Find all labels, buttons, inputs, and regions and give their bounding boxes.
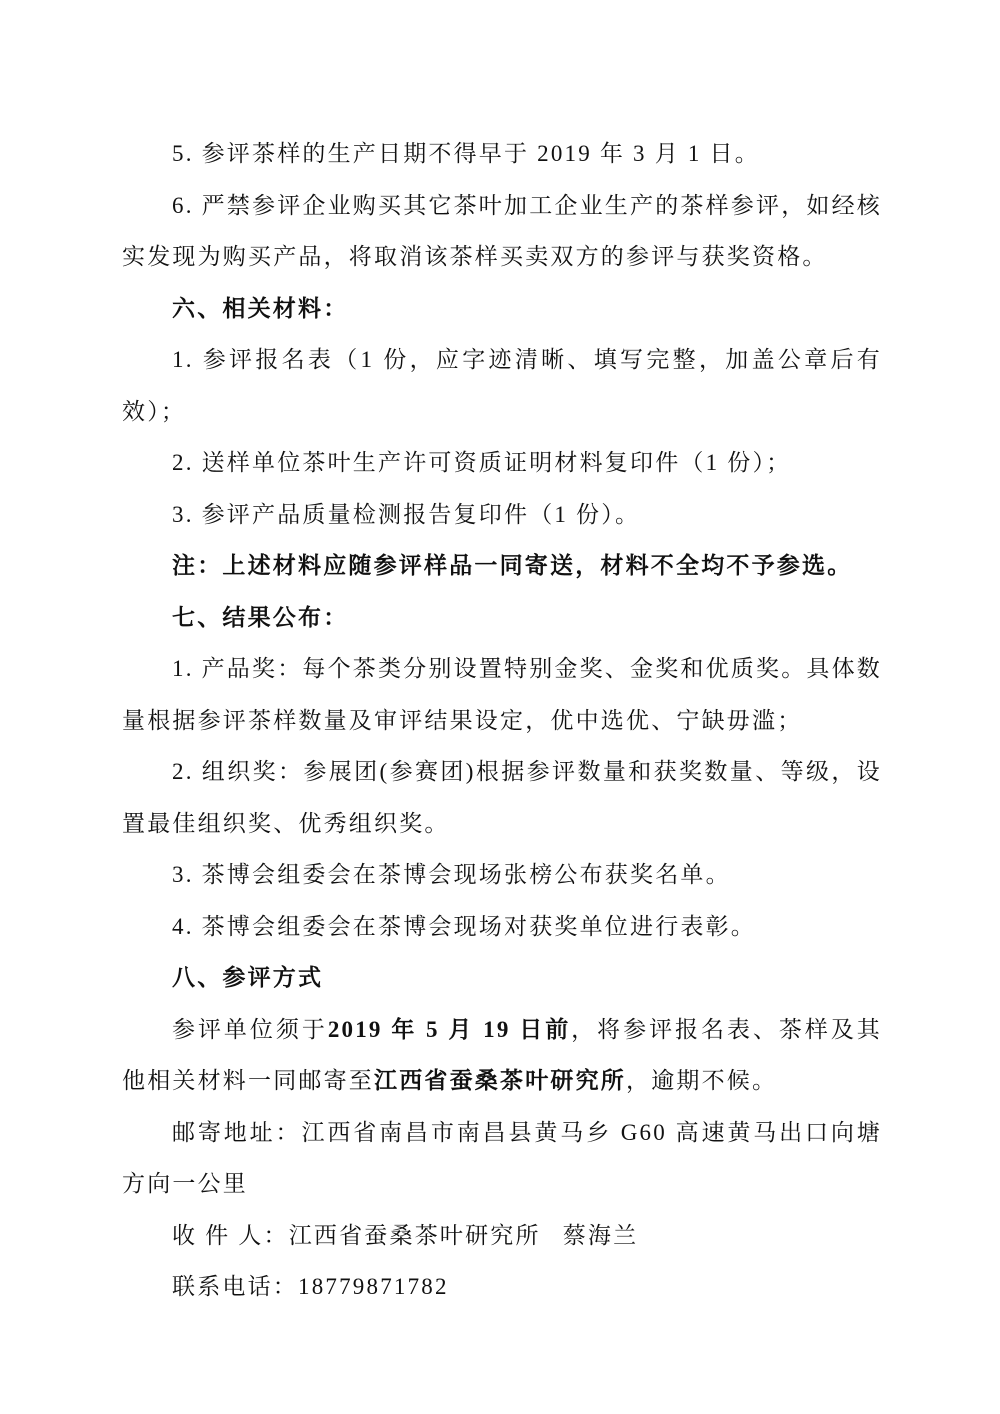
submission-prefix: 参评单位须于 <box>172 1017 328 1042</box>
section-8-heading: 八、参评方式 <box>122 952 882 1004</box>
address-label: 邮寄地址： <box>172 1120 301 1145</box>
submission-deadline: 2019 年 5 月 19 日前 <box>328 1017 571 1042</box>
section-7-heading: 七、结果公布： <box>122 592 882 644</box>
section-6-heading: 六、相关材料： <box>122 283 882 335</box>
material-item-3: 3. 参评产品质量检测报告复印件（1 份）。 <box>122 489 882 541</box>
submission-suffix: ，逾期不候。 <box>626 1068 777 1093</box>
recipient-org: 江西省蚕桑茶叶研究所 <box>289 1223 541 1248</box>
result-item-4: 4. 茶博会组委会在茶博会现场对获奖单位进行表彰。 <box>122 901 882 953</box>
materials-note: 注：上述材料应随参评样品一同寄送，材料不全均不予参选。 <box>122 540 882 592</box>
contact-phone: 联系电话：18779871782 <box>122 1261 882 1313</box>
rule-item-5: 5. 参评茶样的生产日期不得早于 2019 年 3 月 1 日。 <box>122 128 882 180</box>
recipient-name: 蔡海兰 <box>563 1223 639 1248</box>
mailing-address: 邮寄地址：江西省南昌市南昌县黄马乡 G60 高速黄马出口向塘方向一公里 <box>122 1107 882 1210</box>
phone-label: 联系电话： <box>172 1274 298 1299</box>
result-item-2: 2. 组织奖：参展团(参赛团)根据参评数量和获奖数量、等级，设置最佳组织奖、优秀… <box>122 746 882 849</box>
submission-org: 江西省蚕桑茶叶研究所 <box>374 1068 626 1093</box>
result-item-1: 1. 产品奖：每个茶类分别设置特别金奖、金奖和优质奖。具体数量根据参评茶样数量及… <box>122 643 882 746</box>
recipient: 收 件 人：江西省蚕桑茶叶研究所蔡海兰 <box>122 1210 882 1262</box>
recipient-label: 收 件 人： <box>172 1223 289 1248</box>
submission-instructions: 参评单位须于2019 年 5 月 19 日前，将参评报名表、茶样及其他相关材料一… <box>122 1004 882 1107</box>
document-page: 5. 参评茶样的生产日期不得早于 2019 年 3 月 1 日。 6. 严禁参评… <box>122 128 882 1313</box>
rule-item-6: 6. 严禁参评企业购买其它茶叶加工企业生产的茶样参评，如经核实发现为购买产品，将… <box>122 180 882 283</box>
material-item-2: 2. 送样单位茶叶生产许可资质证明材料复印件（1 份）； <box>122 437 882 489</box>
phone-value: 18779871782 <box>298 1274 449 1299</box>
result-item-3: 3. 茶博会组委会在茶博会现场张榜公布获奖名单。 <box>122 849 882 901</box>
material-item-1: 1. 参评报名表（1 份，应字迹清晰、填写完整，加盖公章后有效）； <box>122 334 882 437</box>
